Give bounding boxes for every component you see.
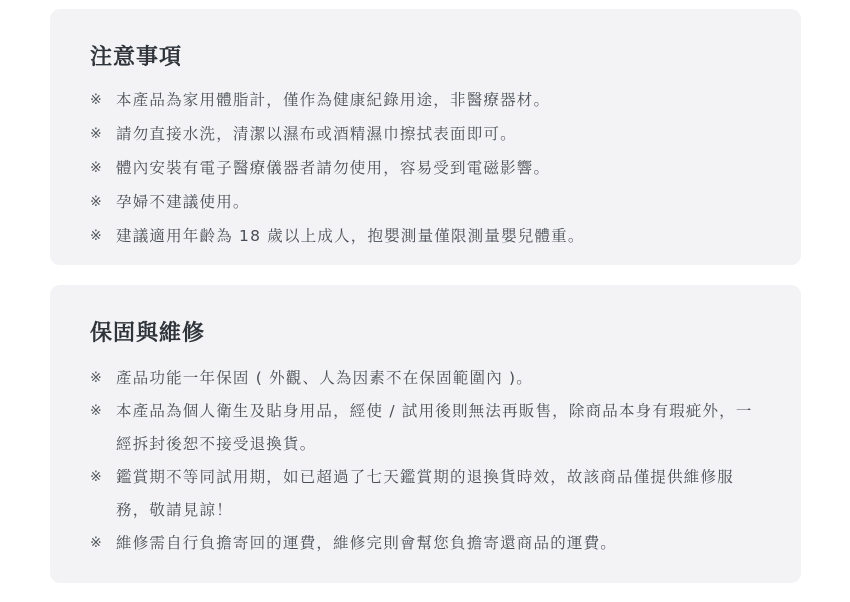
warranty-item-text: 本產品為個人衛生及貼身用品，經使 / 試用後則無法再販售，除商品本身有瑕疵外，一… [116,395,761,461]
warranty-item: ※ 維修需自行負擔寄回的運費，維修完則會幫您負擔寄還商品的運費。 [90,527,761,560]
warranty-list: ※ 產品功能一年保固 ( 外觀、人為因素不在保固範圍內 )。 ※ 本產品為個人衛… [90,362,761,560]
reference-mark-icon: ※ [90,117,116,151]
notes-list: ※ 本產品為家用體脂計，僅作為健康紀錄用途，非醫療器材。 ※ 請勿直接水洗，清潔… [90,83,761,253]
notes-item-text: 建議適用年齡為 18 歲以上成人，抱嬰測量僅限測量嬰兒體重。 [116,219,761,253]
notes-item: ※ 請勿直接水洗，清潔以濕布或酒精濕巾擦拭表面即可。 [90,117,761,151]
warranty-item: ※ 產品功能一年保固 ( 外觀、人為因素不在保固範圍內 )。 [90,362,761,395]
reference-mark-icon: ※ [90,83,116,117]
notes-item: ※ 孕婦不建議使用。 [90,185,761,219]
warranty-title: 保固與維修 [90,321,205,347]
reference-mark-icon: ※ [90,527,116,560]
reference-mark-icon: ※ [90,461,116,494]
warranty-item: ※ 鑑賞期不等同試用期，如已超過了七天鑑賞期的退換貨時效，故該商品僅提供維修服務… [90,461,761,527]
notes-card: 注意事項 ※ 本產品為家用體脂計，僅作為健康紀錄用途，非醫療器材。 ※ 請勿直接… [50,9,801,265]
notes-item-text: 請勿直接水洗，清潔以濕布或酒精濕巾擦拭表面即可。 [116,117,761,151]
notes-item: ※ 體內安裝有電子醫療儀器者請勿使用，容易受到電磁影響。 [90,151,761,185]
notes-item-text: 孕婦不建議使用。 [116,185,761,219]
reference-mark-icon: ※ [90,219,116,253]
warranty-item-text: 維修需自行負擔寄回的運費，維修完則會幫您負擔寄還商品的運費。 [116,527,761,560]
notes-item: ※ 本產品為家用體脂計，僅作為健康紀錄用途，非醫療器材。 [90,83,761,117]
reference-mark-icon: ※ [90,395,116,428]
reference-mark-icon: ※ [90,185,116,219]
warranty-card: 保固與維修 ※ 產品功能一年保固 ( 外觀、人為因素不在保固範圍內 )。 ※ 本… [50,285,801,583]
warranty-item-text: 鑑賞期不等同試用期，如已超過了七天鑑賞期的退換貨時效，故該商品僅提供維修服務，敬… [116,461,761,527]
warranty-item-text: 產品功能一年保固 ( 外觀、人為因素不在保固範圍內 )。 [116,362,761,395]
reference-mark-icon: ※ [90,362,116,395]
notes-item: ※ 建議適用年齡為 18 歲以上成人，抱嬰測量僅限測量嬰兒體重。 [90,219,761,253]
reference-mark-icon: ※ [90,151,116,185]
notes-item-text: 體內安裝有電子醫療儀器者請勿使用，容易受到電磁影響。 [116,151,761,185]
warranty-item: ※ 本產品為個人衛生及貼身用品，經使 / 試用後則無法再販售，除商品本身有瑕疵外… [90,395,761,461]
notes-title: 注意事項 [90,45,182,71]
notes-item-text: 本產品為家用體脂計，僅作為健康紀錄用途，非醫療器材。 [116,83,761,117]
